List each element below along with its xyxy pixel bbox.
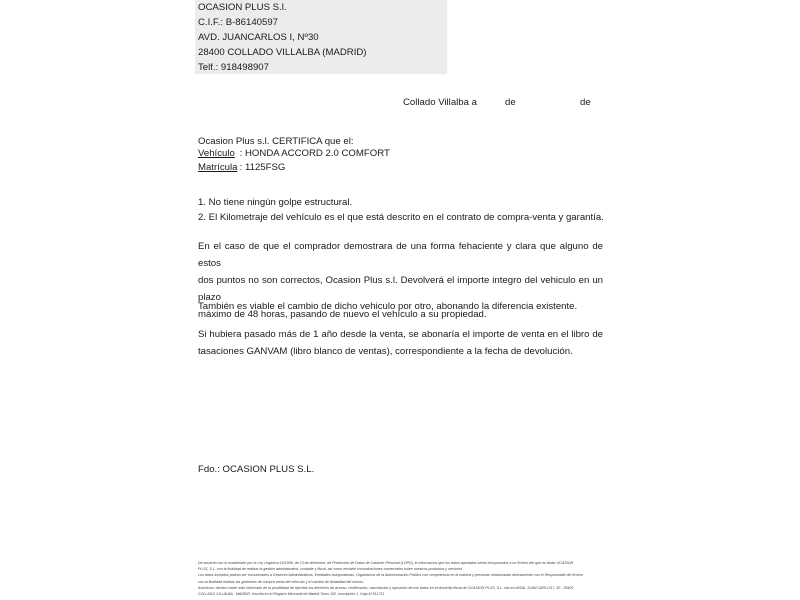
signature: Fdo.: OCASION PLUS S.L. (198, 464, 314, 476)
document-page: OCASION PLUS S.l. C.I.F.: B-86140597 AVD… (0, 0, 800, 600)
company-cif: C.I.F.: B-86140597 (198, 17, 278, 28)
ganvam-line-1: Si hubiera pasado más de 1 año desde la … (198, 326, 603, 343)
company-city: 28400 COLLADO VILLALBA (MADRID) (198, 47, 367, 58)
point-1: 1. No tiene ningún golpe estructural. (198, 197, 352, 209)
ganvam-paragraph: Si hubiera pasado más de 1 año desde la … (198, 326, 603, 360)
legal-line: Los datos incluidos podrán ser comunicad… (198, 572, 608, 578)
certificate-intro: Ocasion Plus s.l. CERTIFICA que el: (198, 136, 354, 148)
vehicle-label: Vehículo (198, 148, 235, 159)
vehicle-value: : HONDA ACCORD 2.0 COMFORT (240, 148, 390, 159)
company-name: OCASION PLUS S.l. (198, 2, 287, 13)
plate-label: Matrícula (198, 162, 237, 173)
point-2: 2. El Kilometraje del vehículo es el que… (198, 212, 604, 224)
legal-line: COLLADO VILLALBA - MADRID. Inscrita en e… (198, 591, 608, 597)
vehicle-row: Vehículo : HONDA ACCORD 2.0 COMFORT (198, 148, 390, 160)
company-phone: Telf.: 918498907 (198, 62, 269, 73)
date-place: Collado Villalba a (403, 97, 477, 108)
date-de-2: de (580, 97, 591, 108)
exchange-paragraph: También es viable el cambio de dicho veh… (198, 301, 577, 313)
company-header-box: OCASION PLUS S.l. C.I.F.: B-86140597 AVD… (195, 0, 447, 74)
refund-line-1: En el caso de que el comprador demostrar… (198, 238, 603, 272)
date-de-1: de (505, 97, 516, 108)
plate-row: Matrícula : 1125FSG (198, 162, 285, 174)
plate-value: : 1125FSG (240, 162, 286, 173)
company-address: AVD. JUANCARLOS I, Nº30 (198, 32, 319, 43)
legal-footer: De acuerdo con lo establecido por la Ley… (198, 560, 608, 597)
ganvam-line-2: tasaciones GANVAM (libro blanco de venta… (198, 343, 603, 360)
